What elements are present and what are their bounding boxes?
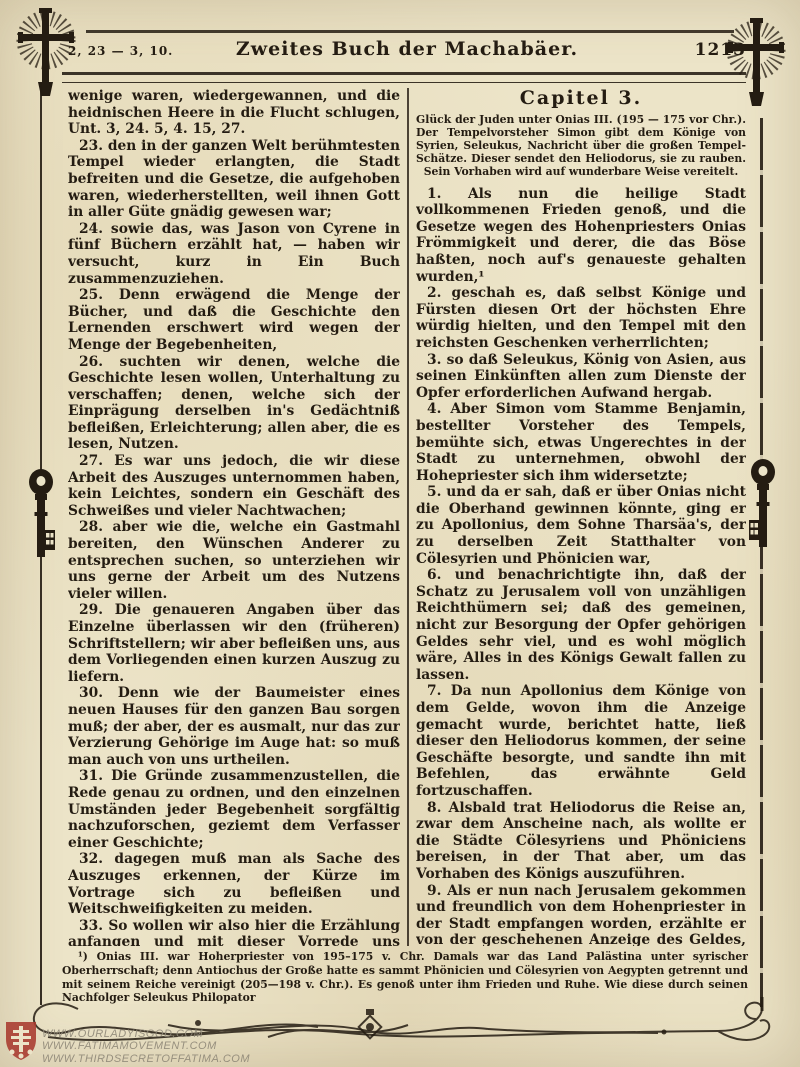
verse-paragraph: 2. geschah es, daß selbst Könige und Für… (416, 285, 746, 351)
verse-paragraph: 29. Die genaueren Angaben über das Einze… (68, 602, 400, 685)
top-border-rule (86, 30, 734, 33)
watermark-urls: WWW.OURLADYISGOD.COM WWW.FATIMAMOVEMENT.… (42, 1028, 250, 1066)
verse-paragraph: 28. aber wie die, welche ein Gastmahl be… (68, 519, 400, 602)
verse-paragraph: 3. so daß Seleukus, König von Asien, aus… (416, 352, 746, 402)
verse-paragraph: 5. und da er sah, daß er über Onias nich… (416, 484, 746, 567)
shield-logo-icon (4, 1019, 38, 1065)
key-right-icon (746, 458, 778, 566)
key-left-icon (26, 468, 58, 576)
page-number: 1213 (596, 40, 746, 60)
verse-paragraph: 24. sowie das, was Jason von Cyrene in f… (68, 221, 400, 287)
page-header: 2, 23 — 3, 10. Zweites Buch der Machabäe… (68, 38, 746, 60)
chapter-heading: Capitel 3. (416, 90, 746, 107)
verse-paragraph: 7. Da nun Apollonius dem Könige von dem … (416, 683, 746, 799)
left-column: wenige waren, wiedergewannen, und die he… (68, 88, 400, 946)
verse-paragraph: 9. Als er nun nach Jerusalem gekommen un… (416, 883, 746, 946)
verse-paragraph: 32. dagegen muß man als Sache des Auszug… (68, 851, 400, 917)
verse-paragraph: 31. Die Gründe zusammenzustellen, die Re… (68, 768, 400, 851)
watermark-url: WWW.FATIMAMOVEMENT.COM (42, 1040, 250, 1053)
verse-paragraph: 8. Alsbald trat Heliodorus die Reise an,… (416, 800, 746, 883)
verse-paragraph: 33. So wollen wir also hier die Erzählun… (68, 918, 400, 946)
verse-paragraph: wenige waren, wiedergewannen, und die he… (68, 88, 400, 138)
verse-range-label: 2, 23 — 3, 10. (68, 44, 218, 58)
book-title: Zweites Buch der Machabäer. (218, 38, 596, 60)
watermark-url: WWW.THIRDSECRETOFFATIMA.COM (42, 1053, 250, 1066)
watermark-url: WWW.OURLADYISGOD.COM (42, 1028, 250, 1041)
watermark-block: WWW.OURLADYISGOD.COM WWW.FATIMAMOVEMENT.… (4, 1019, 250, 1065)
right-column: Capitel 3. Glück der Juden unter Onias I… (416, 88, 746, 946)
verse-paragraph: 25. Denn erwägend die Menge der Bücher, … (68, 287, 400, 353)
column-divider-rule (400, 88, 416, 946)
scanned-bible-page: 2, 23 — 3, 10. Zweites Buch der Machabäe… (0, 0, 800, 1067)
verse-paragraph: 4. Aber Simon vom Stamme Benjamin, beste… (416, 401, 746, 484)
text-columns: wenige waren, wiedergewannen, und die he… (68, 88, 746, 946)
verse-paragraph: 26. suchten wir denen, welche die Geschi… (68, 354, 400, 454)
chapter-summary: Glück der Juden unter Onias III. (195 — … (416, 113, 746, 179)
header-double-rule (62, 72, 746, 83)
verse-paragraph: 27. Es war uns jedoch, die wir diese Arb… (68, 453, 400, 519)
verse-paragraph: 6. und benachrichtigte ihn, daß der Scha… (416, 567, 746, 683)
verse-paragraph: 23. den in der ganzen Welt berühmtesten … (68, 138, 400, 221)
verse-paragraph: 30. Denn wie der Baumeister eines neuen … (68, 685, 400, 768)
verse-paragraph: 1. Als nun die heilige Stadt vollkommene… (416, 186, 746, 286)
